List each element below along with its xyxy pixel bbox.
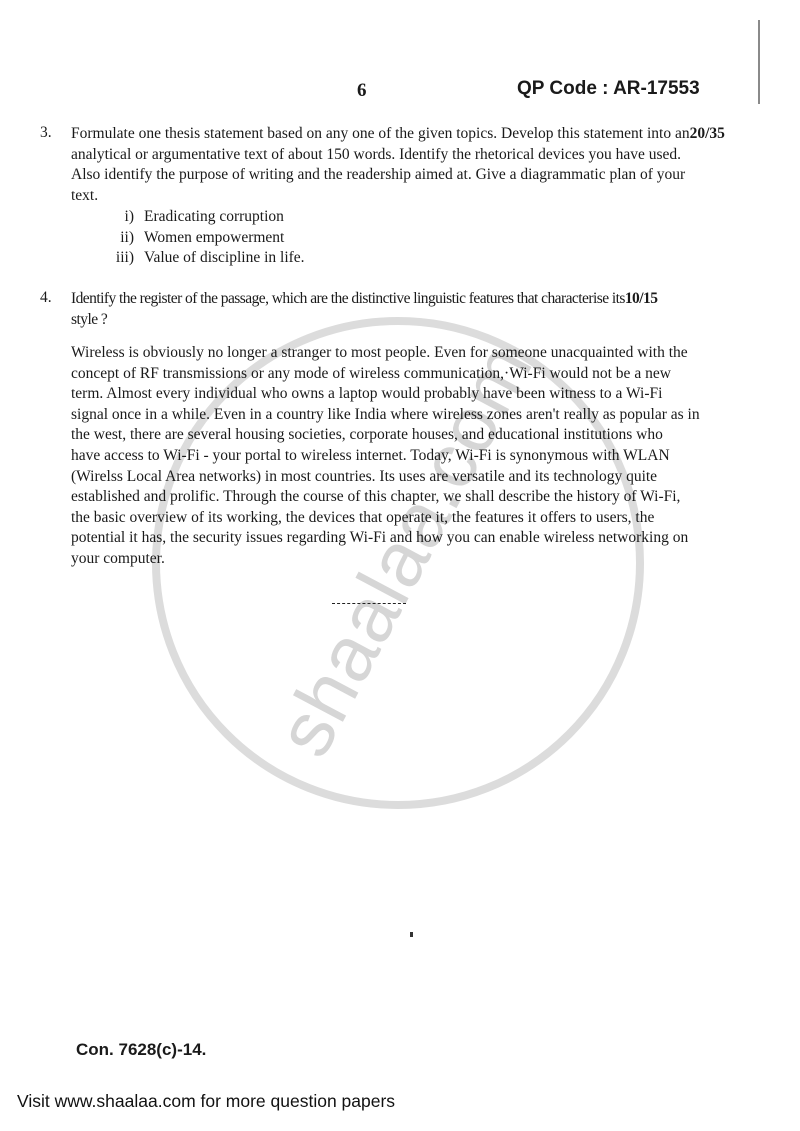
- paper-reference: Con. 7628(c)-14.: [76, 1040, 206, 1060]
- question-3-line-3: Also identify the purpose of writing and…: [71, 165, 741, 186]
- topic-item: i) Eradicating corruption: [107, 207, 305, 228]
- page-number: 6: [357, 80, 367, 102]
- topic-item: iii) Value of discipline in life.: [107, 248, 305, 269]
- scan-speck: [410, 932, 413, 937]
- question-3-line-1: Formulate one thesis statement based on …: [71, 124, 741, 145]
- passage-line: the basic overview of its working, the d…: [71, 508, 711, 529]
- passage-line: established and prolific. Through the co…: [71, 487, 711, 508]
- passage-line: signal once in a while. Even in a countr…: [71, 405, 711, 426]
- end-separator: [332, 603, 406, 604]
- passage-line: the west, there are several housing soci…: [71, 425, 711, 446]
- passage-line: have access to Wi-Fi - your portal to wi…: [71, 446, 711, 467]
- question-3-line-2: analytical or argumentative text of abou…: [71, 145, 741, 166]
- question-3-topics: i) Eradicating corruption ii) Women empo…: [107, 207, 305, 269]
- passage-line: your computer.: [71, 549, 711, 570]
- question-3-marks: 20/35: [690, 125, 725, 142]
- question-4-passage: Wireless is obviously no longer a strang…: [71, 343, 711, 570]
- question-3-text: Formulate one thesis statement based on …: [71, 124, 741, 206]
- question-4-marks: 10/15: [625, 290, 658, 307]
- topic-item: ii) Women empowerment: [107, 228, 305, 249]
- passage-line: (Wirelss Local Area networks) in most co…: [71, 467, 711, 488]
- qp-code: QP Code : AR-17553: [517, 78, 700, 100]
- question-3-number: 3.: [40, 124, 52, 142]
- passage-line: term. Almost every individual who owns a…: [71, 384, 711, 405]
- question-4-line-2: style ?: [71, 311, 107, 328]
- passage-line: Wireless is obviously no longer a strang…: [71, 343, 711, 364]
- question-4-line-1: Identify the register of the passage, wh…: [71, 290, 657, 307]
- footer-banner: Visit www.shaalaa.com for more question …: [17, 1091, 395, 1112]
- scan-edge-line: [758, 20, 760, 104]
- question-4-number: 4.: [40, 289, 52, 307]
- question-3-line-4: text.: [71, 186, 741, 207]
- passage-line: potential it has, the security issues re…: [71, 528, 711, 549]
- passage-line: concept of RF transmissions or any mode …: [71, 364, 711, 385]
- question-4-text: Identify the register of the passage, wh…: [71, 289, 751, 330]
